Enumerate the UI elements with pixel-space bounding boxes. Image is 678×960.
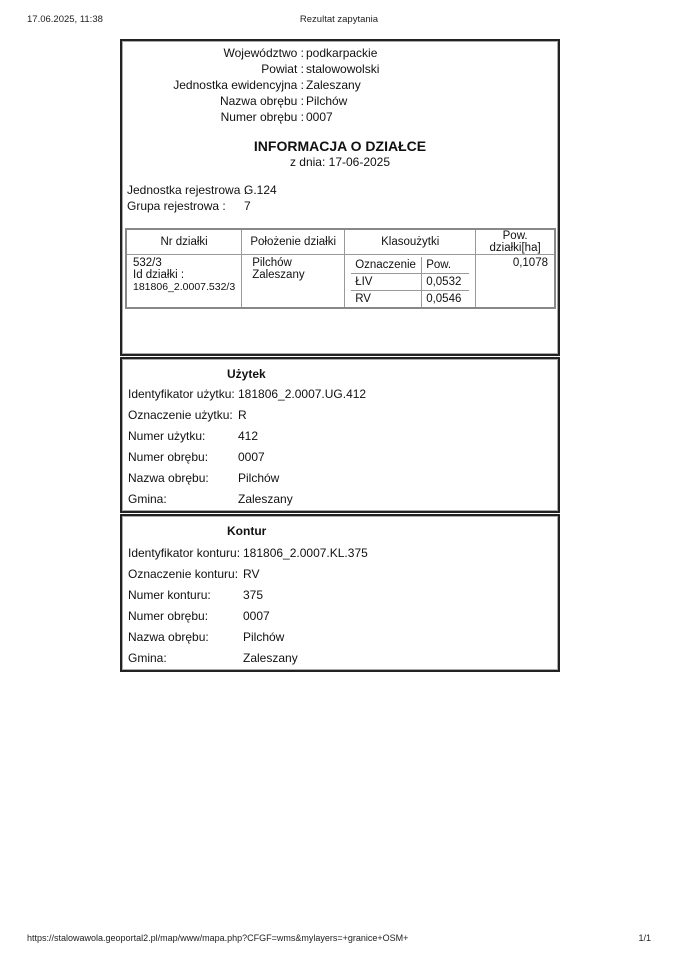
parcel-table: Nr działki Położenie działki Klasoużytki… <box>125 228 556 309</box>
kontur-row: Oznaczenie konturu:RV <box>128 566 238 582</box>
uzytek-box: Użytek Identyfikator użytku:181806_2.000… <box>120 357 560 513</box>
location-value: 0007 <box>306 109 333 125</box>
uzytek-row: Oznaczenie użytku:R <box>128 407 233 423</box>
kontur-label: Nazwa obrębu: <box>128 630 209 644</box>
parcel-area: 0,1078 <box>476 255 555 309</box>
uzytek-label: Identyfikator użytku: <box>128 387 235 401</box>
klas-area: 0,0546 <box>422 291 470 308</box>
parcel-id-value: 181806_2.0007.532/3 <box>133 281 235 293</box>
klas-header-symbol: Oznaczenie <box>351 257 422 274</box>
uzytek-value: 0007 <box>238 449 265 465</box>
uzytek-title: Użytek <box>227 367 266 381</box>
parcel-location-line: Pilchów <box>252 257 338 269</box>
col-header-nr: Nr działki <box>126 229 242 255</box>
registry-group-value: 7 <box>244 199 251 213</box>
registry-group-label: Grupa rejestrowa : <box>127 199 226 213</box>
location-value: podkarpackie <box>306 45 377 61</box>
location-label: Numer obrębu <box>221 110 298 124</box>
klas-symbol: ŁIV <box>351 274 422 291</box>
uzytek-label: Gmina: <box>128 492 167 506</box>
uzytek-value: Pilchów <box>238 470 279 486</box>
col-header-klasouzytki: Klasoużytki <box>345 229 476 255</box>
uzytek-row: Nazwa obrębu:Pilchów <box>128 470 209 486</box>
klas-symbol: RV <box>351 291 422 308</box>
col-header-location: Położenie działki <box>242 229 345 255</box>
table-row: 532/3 Id działki : 181806_2.0007.532/3 P… <box>126 255 555 309</box>
report-title: INFORMACJA O DZIAŁCE <box>122 138 558 154</box>
kontur-row: Numer obrębu:0007 <box>128 608 208 624</box>
location-label: Powiat <box>261 62 297 76</box>
kontur-row: Numer konturu:375 <box>128 587 211 603</box>
location-label: Jednostka ewidencyjna <box>173 78 297 92</box>
table-row: ŁIV 0,0532 <box>351 274 469 291</box>
parcel-nr-cell: 532/3 Id działki : 181806_2.0007.532/3 <box>126 255 242 309</box>
location-value: Pilchów <box>306 93 347 109</box>
kontur-value: Pilchów <box>243 629 284 645</box>
uzytek-value: R <box>238 407 247 423</box>
uzytek-row: Numer użytku:412 <box>128 428 205 444</box>
kontur-title: Kontur <box>227 524 266 538</box>
location-row: Nazwa obrębu : Pilchów <box>122 93 558 109</box>
klas-area: 0,0532 <box>422 274 470 291</box>
table-row: RV 0,0546 <box>351 291 469 308</box>
parcel-info-box: Województwo : podkarpackie Powiat : stal… <box>120 39 560 356</box>
uzytek-row: Identyfikator użytku:181806_2.0007.UG.41… <box>128 386 235 402</box>
kontur-label: Oznaczenie konturu: <box>128 567 238 581</box>
uzytek-value: 181806_2.0007.UG.412 <box>238 386 366 402</box>
uzytek-label: Numer obrębu: <box>128 450 208 464</box>
location-value: stalowowolski <box>306 61 379 77</box>
kontur-label: Numer konturu: <box>128 588 211 602</box>
location-row: Jednostka ewidencyjna : Zaleszany <box>122 77 558 93</box>
kontur-value: Zaleszany <box>243 650 298 666</box>
parcel-location-line: Zaleszany <box>252 269 338 281</box>
kontur-label: Identyfikator konturu: <box>128 546 240 560</box>
uzytek-row: Numer obrębu:0007 <box>128 449 208 465</box>
page-number: 1/1 <box>638 933 651 943</box>
kontur-value: 181806_2.0007.KL.375 <box>243 545 368 561</box>
klasouzytki-cell: Oznaczenie Pow. ŁIV 0,0532 RV 0,0546 <box>345 255 476 309</box>
location-row: Numer obrębu : 0007 <box>122 109 558 125</box>
kontur-value: 375 <box>243 587 263 603</box>
print-title: Rezultat zapytania <box>0 14 678 25</box>
location-row: Województwo : podkarpackie <box>122 45 558 61</box>
parcel-table-header: Nr działki Położenie działki Klasoużytki… <box>126 229 555 255</box>
kontur-box: Kontur Identyfikator konturu:181806_2.00… <box>120 514 560 672</box>
location-label: Nazwa obrębu <box>220 94 297 108</box>
parcel-number: 532/3 <box>133 257 235 269</box>
uzytek-value: Zaleszany <box>238 491 293 507</box>
uzytek-value: 412 <box>238 428 258 444</box>
report-date: z dnia: 17-06-2025 <box>122 155 558 169</box>
parcel-id-label: Id działki : <box>133 269 235 281</box>
klas-header-area: Pow. <box>422 257 470 274</box>
location-value: Zaleszany <box>306 77 361 93</box>
uzytek-row: Gmina:Zaleszany <box>128 491 167 507</box>
col-header-area: Pow. działki[ha] <box>476 229 555 255</box>
kontur-row: Identyfikator konturu:181806_2.0007.KL.3… <box>128 545 240 561</box>
kontur-label: Numer obrębu: <box>128 609 208 623</box>
print-url: https://stalowawola.geoportal2.pl/map/ww… <box>27 933 408 943</box>
kontur-row: Nazwa obrębu:Pilchów <box>128 629 209 645</box>
kontur-label: Gmina: <box>128 651 167 665</box>
registry-unit-value: G.124 <box>244 183 277 197</box>
registry-group: Grupa rejestrowa : 7 <box>127 199 226 213</box>
location-label: Województwo <box>224 46 298 60</box>
location-row: Powiat : stalowowolski <box>122 61 558 77</box>
registry-unit: Jednostka rejestrowa : G.124 <box>127 183 247 197</box>
registry-unit-label: Jednostka rejestrowa : <box>127 183 247 197</box>
parcel-location-cell: Pilchów Zaleszany <box>242 255 345 309</box>
uzytek-label: Oznaczenie użytku: <box>128 408 233 422</box>
kontur-value: 0007 <box>243 608 270 624</box>
kontur-row: Gmina:Zaleszany <box>128 650 167 666</box>
uzytek-label: Nazwa obrębu: <box>128 471 209 485</box>
kontur-value: RV <box>243 566 259 582</box>
uzytek-label: Numer użytku: <box>128 429 205 443</box>
klasouzytki-table: Oznaczenie Pow. ŁIV 0,0532 RV 0,0546 <box>351 257 469 307</box>
